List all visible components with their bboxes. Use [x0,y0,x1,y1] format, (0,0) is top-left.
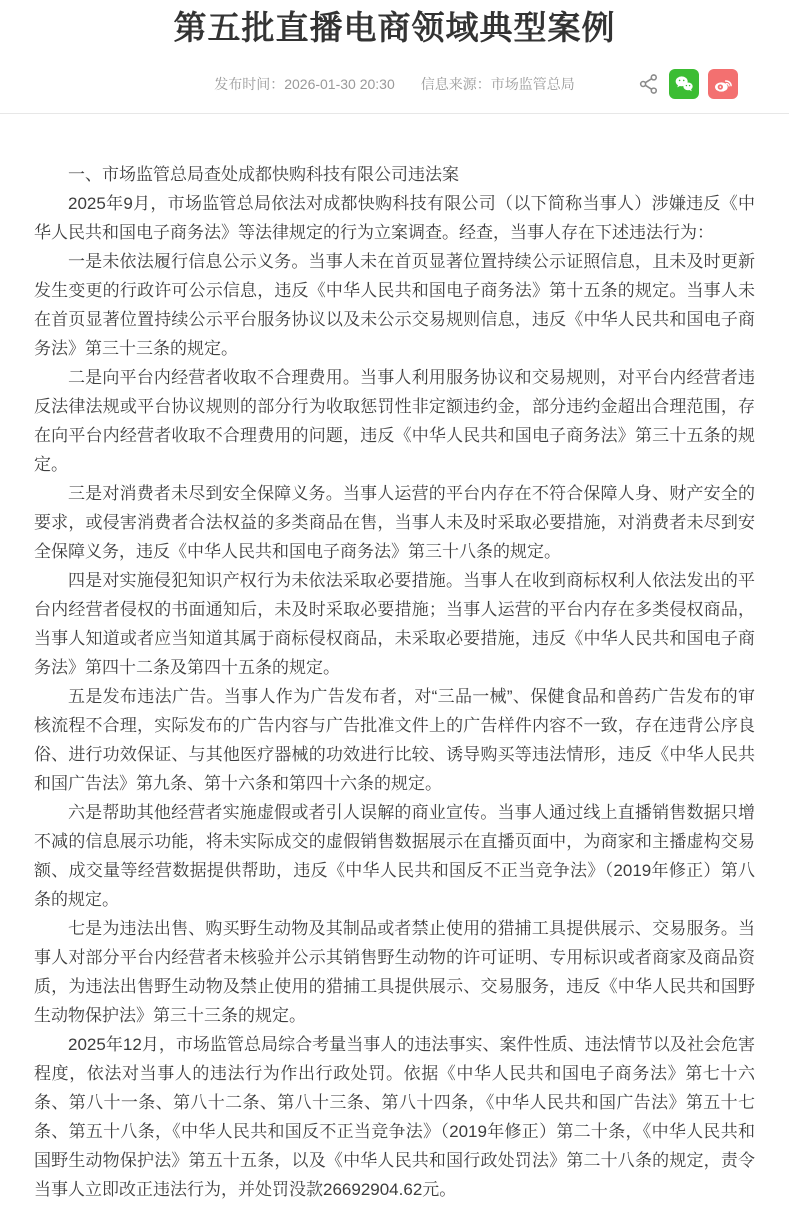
article-paragraph: 一、市场监管总局查处成都快购科技有限公司违法案 [34,160,755,189]
weibo-share-icon[interactable] [708,69,738,99]
article-paragraph: 五是发布违法广告。当事人作为广告发布者，对“三品一械”、保健食品和兽药广告发布的… [34,682,755,798]
divider [0,113,789,114]
source-label: 信息来源： [421,76,491,92]
article-paragraph: 2025年12月，市场监管总局综合考量当事人的违法事实、案件性质、违法情节以及社… [34,1030,755,1204]
article-body: 一、市场监管总局查处成都快购科技有限公司违法案2025年9月，市场监管总局依法对… [0,160,789,1230]
share-buttons [638,67,738,101]
publish-time-label: 发布时间： [214,76,284,92]
article-paragraph: 六是帮助其他经营者实施虚假或者引人误解的商业宣传。当事人通过线上直播销售数据只增… [34,798,755,914]
article-paragraph: 2025年9月，市场监管总局依法对成都快购科技有限公司（以下简称当事人）涉嫌违反… [34,189,755,247]
meta-row: 发布时间：2026-01-30 20:30信息来源：市场监管总局 [0,67,789,101]
article-paragraph: 一是未依法履行信息公示义务。当事人未在首页显著位置持续公示证照信息，且未及时更新… [34,247,755,363]
article-paragraph: 七是为违法出售、购买野生动物及其制品或者禁止使用的猎捕工具提供展示、交易服务。当… [34,914,755,1030]
source-value: 市场监管总局 [491,76,575,92]
article-paragraph: 二是向平台内经营者收取不合理费用。当事人利用服务协议和交易规则，对平台内经营者违… [34,363,755,479]
page-title: 第五批直播电商领域典型案例 [0,6,789,51]
publish-time-value: 2026-01-30 20:30 [284,76,395,92]
article-paragraph: 四是对实施侵犯知识产权行为未依法采取必要措施。当事人在收到商标权利人依法发出的平… [34,566,755,682]
article-page: 第五批直播电商领域典型案例 发布时间：2026-01-30 20:30信息来源：… [0,6,789,1230]
share-icon[interactable] [638,73,660,95]
article-paragraph: 三是对消费者未尽到安全保障义务。当事人运营的平台内存在不符合保障人身、财产安全的… [34,479,755,566]
wechat-share-icon[interactable] [669,69,699,99]
